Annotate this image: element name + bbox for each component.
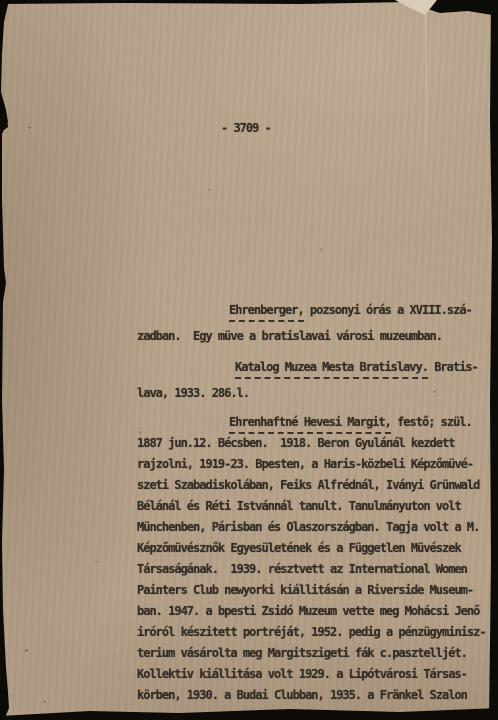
text-line: ban. 1947. a bpesti Zsidó Muzeum vette m… [137, 601, 487, 622]
paper-crease [425, 0, 427, 230]
page-number: - 3709 - [221, 121, 271, 135]
text-line: Társaságának. 1939. résztvett az Interna… [137, 559, 487, 580]
entry-heading: Ehrenberger, [229, 303, 304, 322]
text-line: Képzőmüvésznők Egyesületének és a Függet… [137, 538, 487, 559]
text-line: iróról készitett portréját, 1952. pedig … [137, 622, 487, 643]
paper-speckles [0, 0, 1, 1]
text-line: Kollektiv kiállitása volt 1929. a Lipótv… [137, 664, 487, 685]
text-line: körben, 1930. a Budai Clubban, 1935. a F… [137, 685, 487, 706]
text-line: Bélánál és Réti Istvánnál tanult. Tanulm… [137, 496, 487, 517]
text-line: Ehrenhaftné Hevesi Margit, festő; szül. [137, 412, 487, 433]
text-line: terium vásárolta meg Margitszigeti fák c… [137, 643, 487, 664]
entry-heading: Ehrenhaftné Hevesi Margit, [229, 415, 391, 434]
text-line: Ehrenberger, pozsonyi órás a XVIII.szá- [137, 297, 487, 323]
entry-katalog: Katalog Muzea Mesta Bratislavy. Bratis- … [137, 354, 487, 406]
text-span: festő; szül. [391, 415, 472, 429]
text-line: lava, 1933. 286.l. [137, 380, 487, 406]
entry-ehrenberger: Ehrenberger, pozsonyi órás a XVIII.szá- … [137, 297, 487, 349]
text-line: rajzolni, 1919-23. Bpesten, a Haris-közb… [137, 454, 487, 475]
text-line: Katalog Muzea Mesta Bratislavy. Bratis- [137, 354, 487, 380]
text-span: pozsonyi órás a XVIII.szá- [304, 303, 472, 317]
entry-ehrenhaftne-hevesi-margit: Ehrenhaftné Hevesi Margit, festő; szül. … [137, 412, 487, 706]
entry-heading: Katalog Muzea Mesta Bratislavy. [235, 360, 428, 379]
text-line: Painters Club newyorki kiállitásán a Riv… [137, 580, 487, 601]
text-span: Bratis- [428, 360, 478, 374]
text-line: Münchenben, Párisban és Olaszországban. … [137, 517, 487, 538]
text-line: szeti Szabadiskolában, Feiks Alfrédnál, … [137, 475, 487, 496]
text-line: 1887 jun.12. Bécsben. 1918. Beron Gyulán… [137, 433, 487, 454]
text-line: zadban. Egy müve a bratislavai városi mu… [137, 323, 487, 349]
document-page: - 3709 - Ehrenberger, pozsonyi órás a XV… [0, 0, 498, 720]
